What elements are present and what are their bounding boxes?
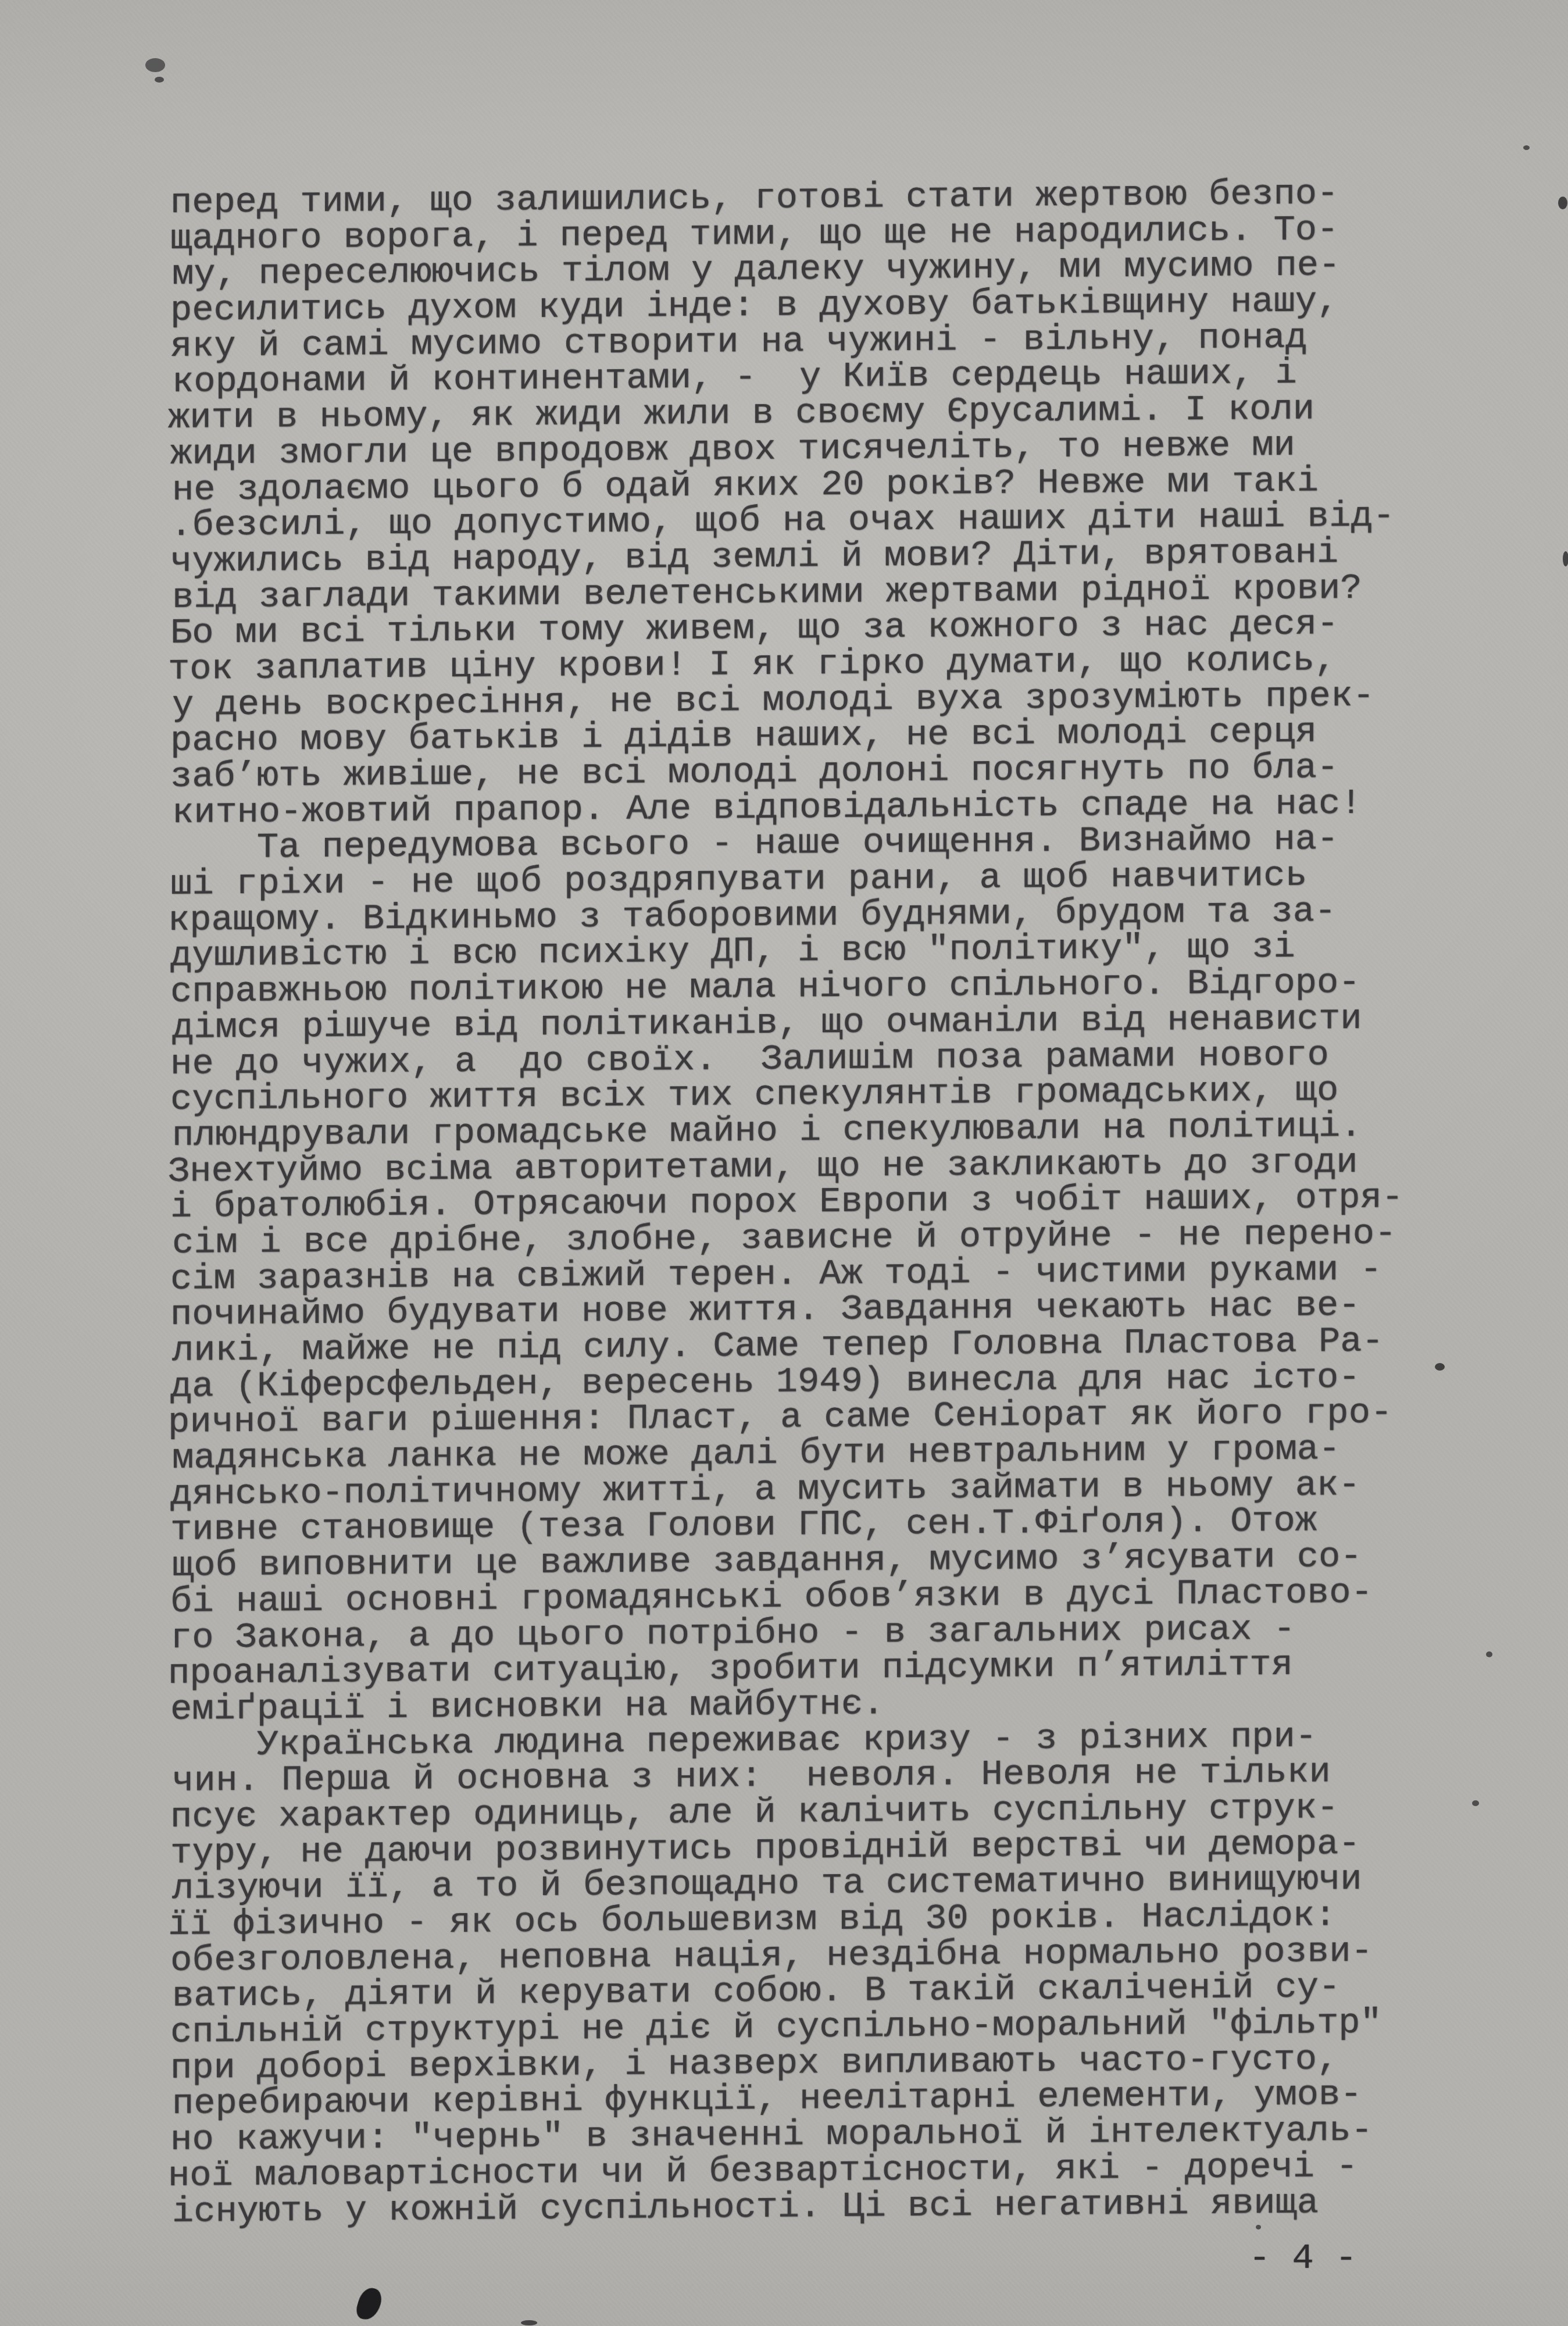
ink-speck xyxy=(1523,145,1530,150)
scanned-page: перед тими, що залишились, готові стати … xyxy=(0,0,1568,2326)
page-number: - 4 - xyxy=(1249,2238,1357,2279)
ink-speck xyxy=(1256,2225,1261,2229)
ink-speck xyxy=(1435,1363,1445,1371)
ink-speck xyxy=(1486,1651,1492,1657)
text-line: існують у кожній суспільності. Ці всі не… xyxy=(172,2184,1403,2229)
ink-speck xyxy=(1472,1800,1479,1806)
ink-speck xyxy=(521,2320,537,2325)
ink-speck xyxy=(145,58,165,72)
ink-speck xyxy=(1558,197,1567,209)
ink-blob xyxy=(354,2285,384,2323)
ink-speck xyxy=(1563,551,1568,566)
ink-speck xyxy=(155,77,164,83)
text-block: перед тими, що залишились, готові стати … xyxy=(170,175,1403,2229)
